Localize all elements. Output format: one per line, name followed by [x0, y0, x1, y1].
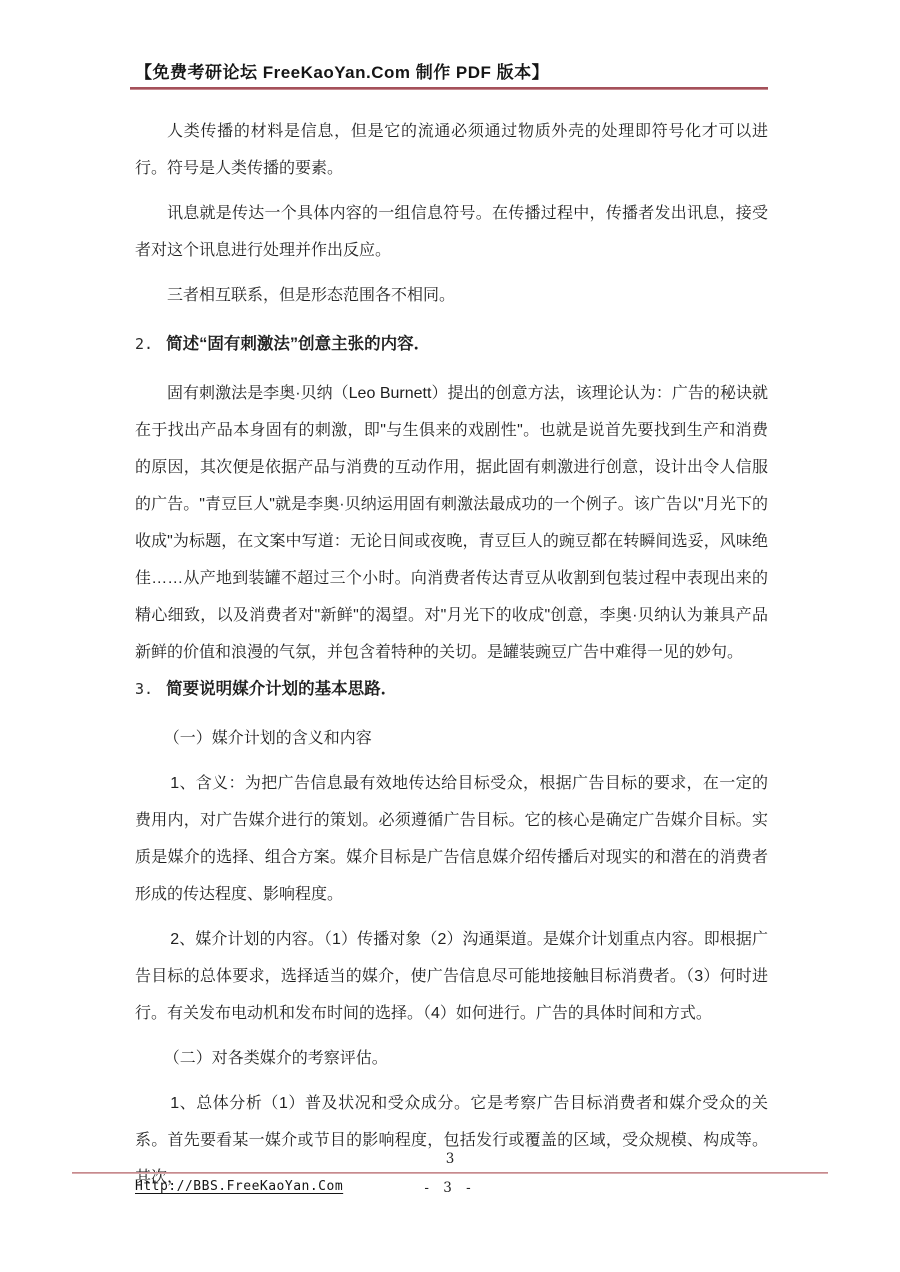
section-heading-2: 2.简述“固有刺激法”创意主张的内容．: [135, 326, 768, 363]
section-heading-3: 3.简要说明媒介计划的基本思路．: [135, 671, 768, 708]
footer-page-indicator: - 3 -: [0, 1180, 900, 1196]
subsection-two-heading: （二）对各类媒介的考察评估。: [135, 1040, 768, 1077]
section-title: 简述“固有刺激法”创意主张的内容．: [166, 335, 430, 353]
section-number: 2.: [135, 335, 153, 353]
document-body: 人类传播的材料是信息，但是它的流通必须通过物质外壳的处理即符号化才可以进行。符号…: [135, 113, 768, 1196]
section-title: 简要说明媒介计划的基本思路．: [166, 680, 397, 698]
paragraph-media-plan-meaning: 1、含义：为把广告信息最有效地传达给目标受众，根据广告目标的要求，在一定的费用内…: [135, 765, 768, 913]
header-rule-divider: [130, 87, 768, 90]
page-number: 3: [0, 1151, 900, 1167]
header-banner: 【免费考研论坛 FreeKaoYan.Com 制作 PDF 版本】: [135, 58, 775, 83]
paragraph-inherent-drama: 固有刺激法是李奥·贝纳（Leo Burnett）提出的创意方法，该理论认为：广告…: [135, 375, 768, 671]
paragraph-symbols: 人类传播的材料是信息，但是它的流通必须通过物质外壳的处理即符号化才可以进行。符号…: [135, 113, 768, 187]
subsection-one-heading: （一）媒介计划的含义和内容: [135, 720, 768, 757]
pdf-page: 【免费考研论坛 FreeKaoYan.Com 制作 PDF 版本】 人类传播的材…: [0, 0, 900, 1272]
paragraph-three-relations: 三者相互联系，但是形态范围各不相同。: [135, 277, 768, 314]
section-number: 3.: [135, 680, 153, 698]
paragraph-media-plan-content: 2、媒介计划的内容。（1）传播对象（2）沟通渠道。是媒介计划重点内容。即根据广告…: [135, 921, 768, 1032]
footer-rule-divider: [72, 1172, 828, 1174]
paragraph-message: 讯息就是传达一个具体内容的一组信息符号。在传播过程中，传播者发出讯息，接受者对这…: [135, 195, 768, 269]
